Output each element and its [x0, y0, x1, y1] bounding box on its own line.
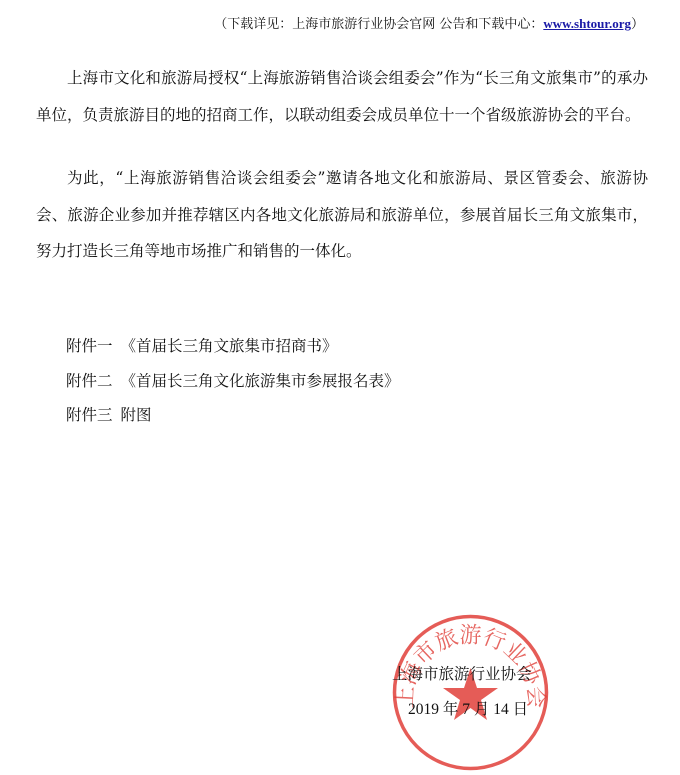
official-seal-icon: 上海市旅游行业协会	[388, 610, 553, 775]
attachment-label: 附件三	[66, 405, 113, 425]
signature-organization: 上海市旅游行业协会	[392, 662, 532, 684]
attachment-title: 附图	[121, 406, 152, 424]
attachment-item: 附件一《首届长三角文旅集市招商书》	[66, 336, 338, 356]
website-link[interactable]: www.shtour.org	[543, 16, 631, 31]
attachment-item: 附件三附图	[66, 405, 152, 425]
attachment-label: 附件二	[66, 371, 113, 391]
attachment-item: 附件二《首届长三角文化旅游集市参展报名表》	[66, 371, 400, 391]
download-note-prefix: （下载详见：上海市旅游行业协会官网 公告和下载中心：	[214, 17, 543, 32]
attachment-title: 《首届长三角文旅集市招商书》	[121, 337, 338, 355]
attachment-title: 《首届长三角文化旅游集市参展报名表》	[121, 372, 400, 390]
paragraph-authorization: 上海市文化和旅游局授权“上海旅游销售洽谈会组委会”作为“长三角文旅集市”的承办单…	[36, 60, 648, 133]
download-note: （下载详见：上海市旅游行业协会官网 公告和下载中心：www.shtour.org…	[214, 14, 644, 35]
signature-date: 2019 年 7 月 14 日	[408, 697, 528, 719]
attachment-label: 附件一	[66, 336, 113, 356]
paragraph-invitation: 为此，“上海旅游销售洽谈会组委会”邀请各地文化和旅游局、景区管委会、旅游协会、旅…	[36, 160, 648, 270]
download-note-suffix: ）	[631, 17, 644, 32]
